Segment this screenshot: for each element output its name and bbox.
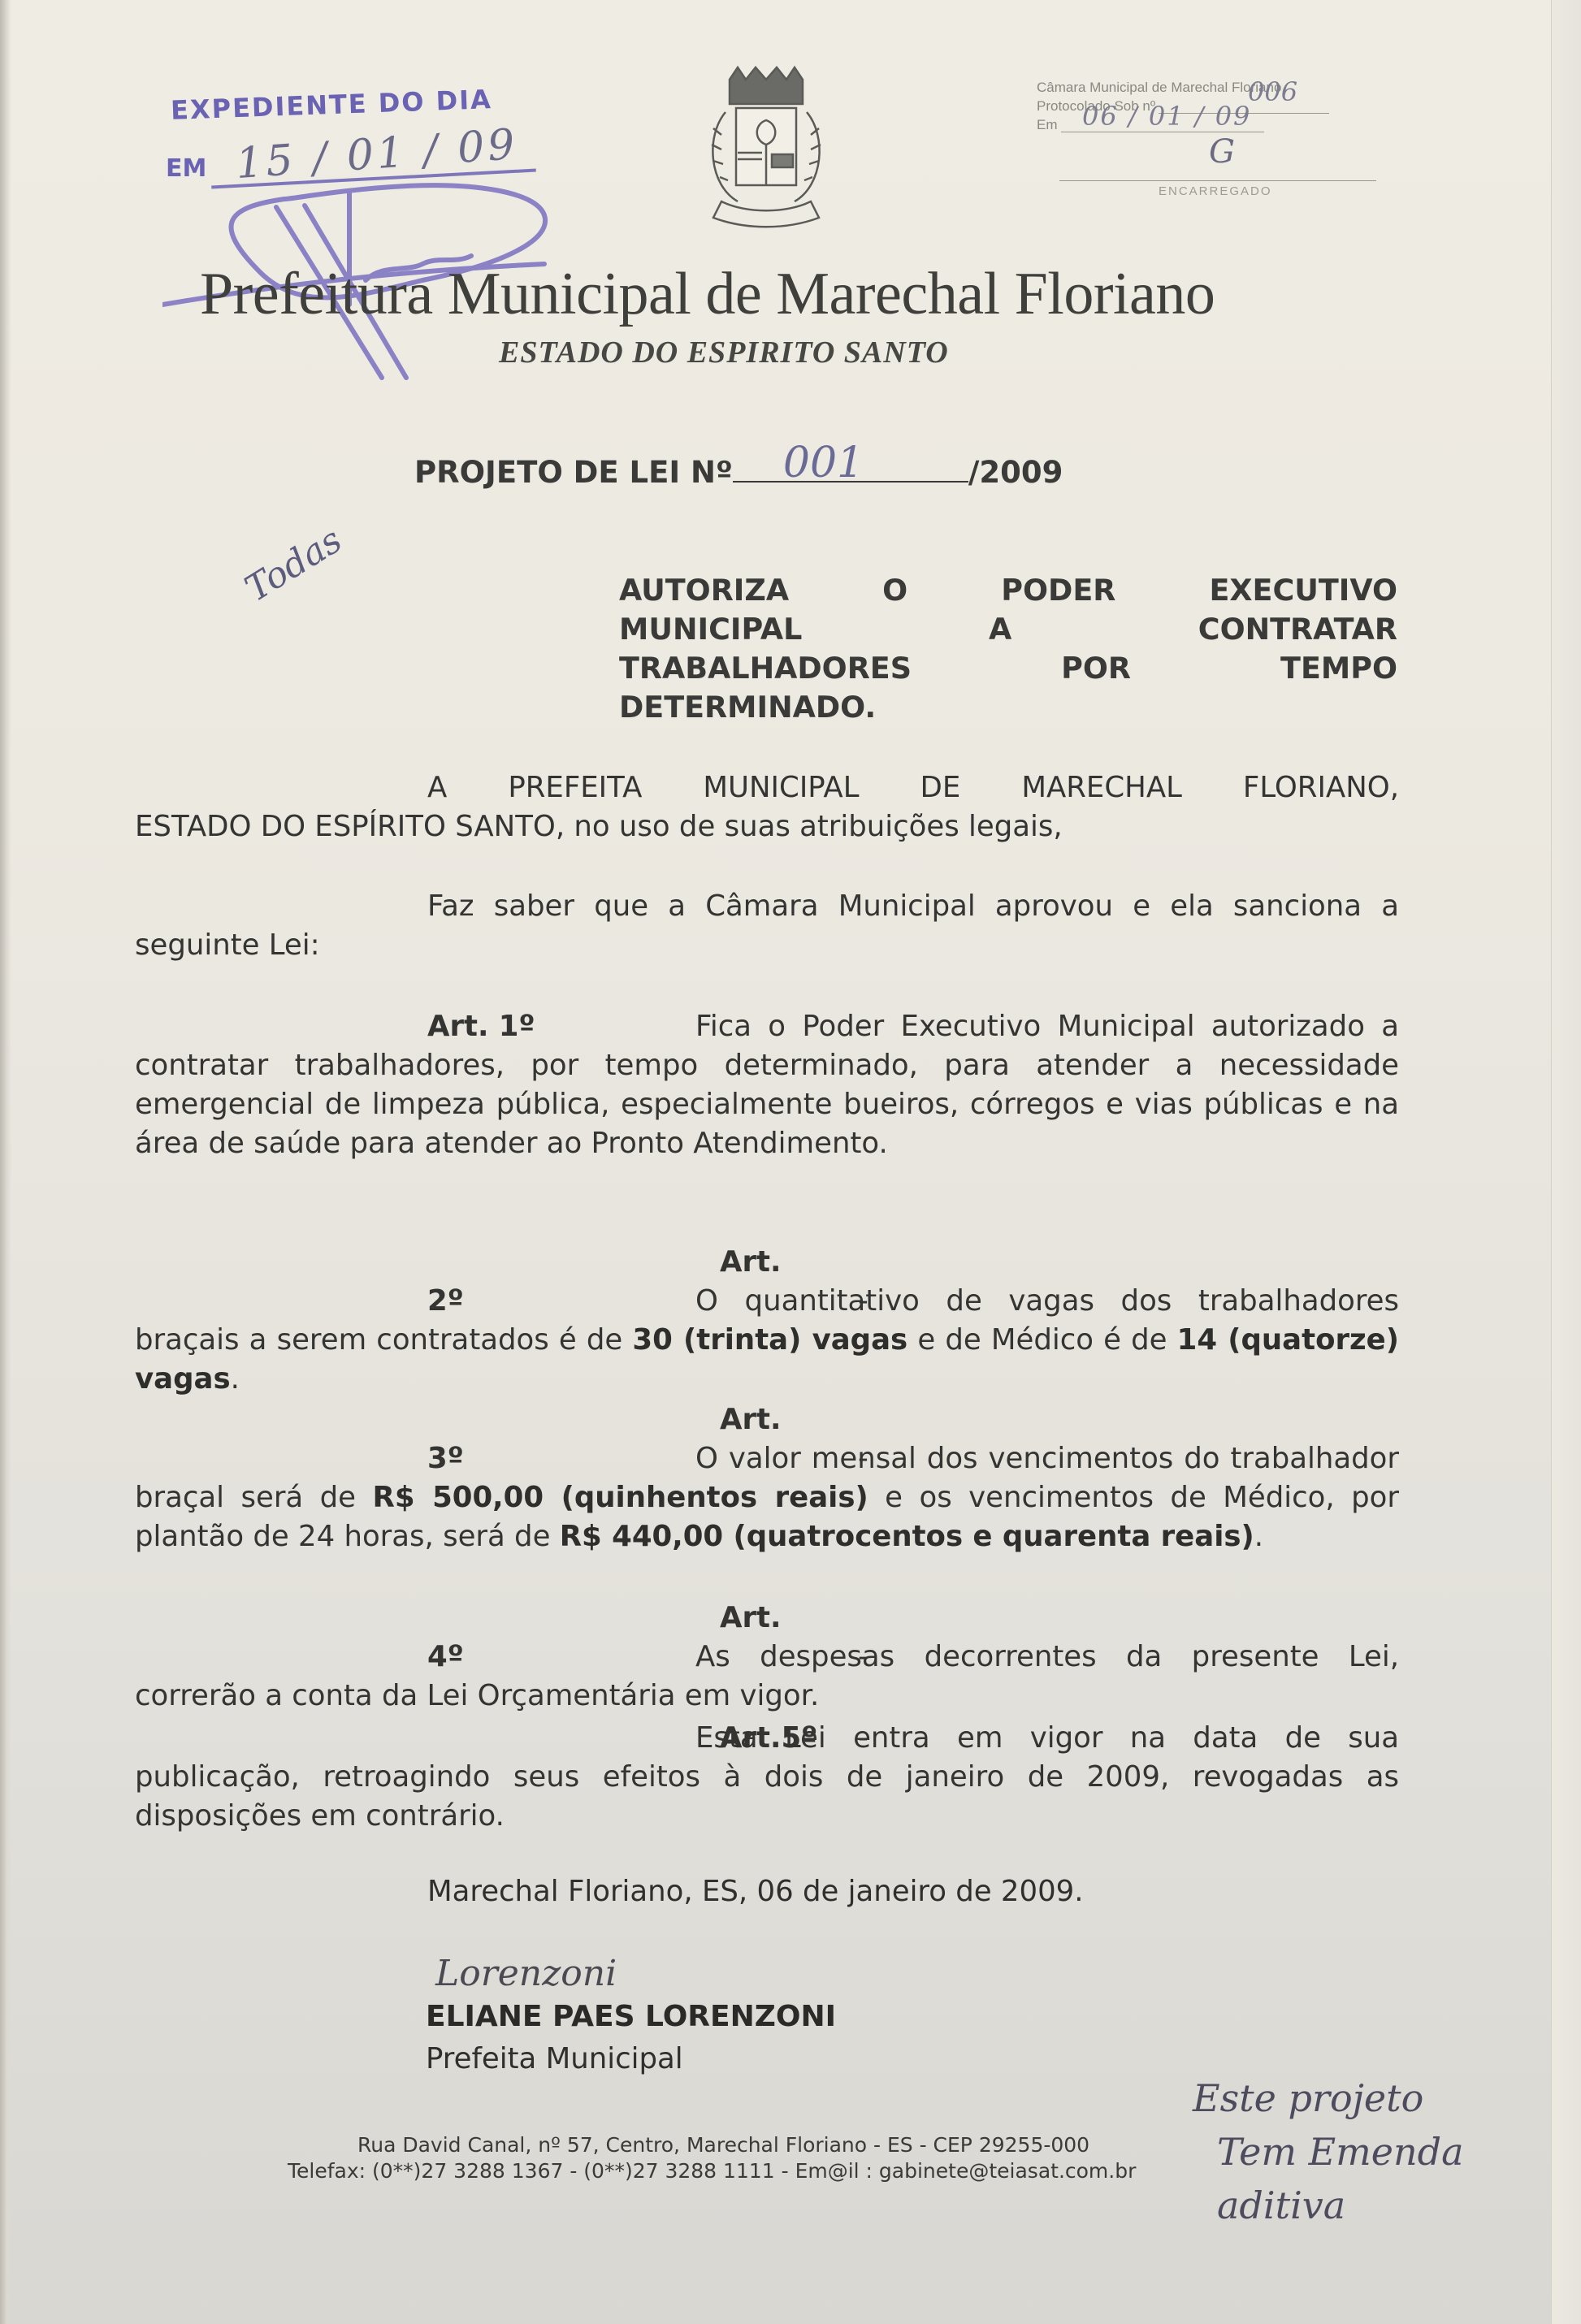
signer-name: ELIANE PAES LORENZONI [426,2000,836,2033]
article-dash: - [565,1282,695,1321]
protocol-institution: Câmara Municipal de Marechal Floriano [1037,78,1378,97]
article-5: Art.5º-Esta Lei entra em vigor na data d… [135,1719,1399,1836]
article-label: Art. 1º [427,1007,565,1046]
summary-line: AUTORIZA O PODER EXECUTIVO [619,571,1397,610]
page-title: Prefeitura Municipal de Marechal Florian… [200,260,1215,329]
protocol-signer-label: ENCARREGADO [1159,182,1272,201]
note-line: Este projeto [1193,2071,1464,2125]
footer-address: Rua David Canal, nº 57, Centro, Marechal… [357,2133,1089,2157]
workers-vacancies: 30 (trinta) vagas [632,1323,907,1357]
article-text: Esta Lei entra em vigor na data de sua p… [135,1721,1399,1833]
margin-note: Todas [238,519,349,610]
doctor-shift-pay: R$ 440,00 (quatrocentos e quarenta reais… [560,1520,1254,1553]
footer-contact: Telefax: (0**)27 3288 1367 - (0**)27 328… [288,2159,1136,2183]
article-label: Art. 2º [427,1243,565,1321]
protocol-stamp: Câmara Municipal de Marechal Floriano Pr… [1037,78,1378,134]
handwritten-note: Este projeto Tem Emenda aditiva [1193,2071,1464,2232]
article-dash: - [565,1638,695,1677]
article-text: Fica o Poder Executivo Municipal autoriz… [135,1010,1399,1160]
protocol-date: 06 / 01 / 09 [1082,107,1251,126]
article-dash: - [565,1719,695,1758]
bill-label: PROJETO DE LEI Nº [414,455,733,490]
bill-year: /2009 [968,455,1063,490]
handwritten-signature: Lorenzoni [435,1953,617,1994]
signer-role: Prefeita Municipal [426,2042,683,2075]
expediente-stamp-label: EXPEDIENTE DO DIA [170,84,492,126]
protocol-signature: G [1209,143,1235,162]
article-1: Art. 1º-Fica o Poder Executivo Municipal… [135,1007,1399,1163]
summary-line: TRABALHADORES POR TEMPO [619,649,1397,688]
enactment-paragraph: Faz saber que a Câmara Municipal aprovou… [135,887,1399,965]
article-dash: - [565,1007,695,1046]
article-4: Art. 4º-As despesas decorrentes da prese… [135,1599,1399,1716]
place-and-date: Marechal Floriano, ES, 06 de janeiro de … [427,1875,1084,1908]
article-dash: - [565,1439,695,1478]
protocol-date-label: Em [1037,117,1058,132]
worker-salary: R$ 500,00 (quinhentos reais) [373,1481,868,1514]
article-label: Art.5º [427,1719,565,1758]
protocol-number: 006 [1248,83,1297,102]
preamble-line-1: A PREFEITA MUNICIPAL DE MARECHAL FLORIAN… [135,768,1399,807]
note-line: aditiva [1193,2179,1464,2232]
paper-left-edge [0,0,11,2324]
article-3: Art. 3º-O valor mensal dos vencimentos d… [135,1400,1399,1556]
article-text: As despesas decorrentes da presente Lei,… [135,1640,1399,1712]
preamble-paragraph: A PREFEITA MUNICIPAL DE MARECHAL FLORIAN… [135,768,1399,846]
article-label: Art. 4º [427,1599,565,1677]
page-subtitle: ESTADO DO ESPIRITO SANTO [499,335,949,370]
summary-line: MUNICIPAL A CONTRATAR [619,610,1397,649]
preamble-line-2: ESTADO DO ESPÍRITO SANTO, no uso de suas… [135,807,1399,846]
article-2: Art. 2º-O quantitativo de vagas dos trab… [135,1243,1399,1399]
bill-summary: AUTORIZA O PODER EXECUTIVO MUNICIPAL A C… [619,571,1397,727]
paper-right-edge [1551,0,1581,2324]
note-line: Tem Emenda [1193,2125,1464,2179]
summary-line: DETERMINADO. [619,688,1397,727]
coat-of-arms-icon [689,63,843,234]
bill-number-line: PROJETO DE LEI Nº001/2009 [414,455,1063,490]
bill-number: 001 [783,439,864,487]
article-label: Art. 3º [427,1400,565,1478]
